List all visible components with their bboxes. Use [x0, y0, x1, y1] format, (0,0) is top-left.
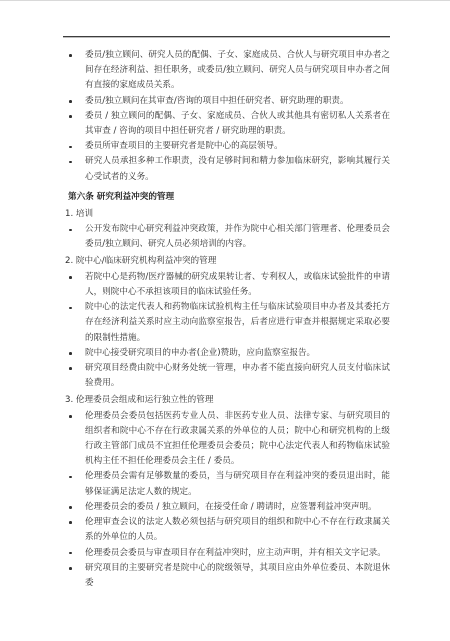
item-text: 院中心接受研究项目的申办者(企业)赞助，应向监察室报告。: [85, 348, 315, 358]
document-page: 委员/独立顾问、研究人员的配偶、子女、家庭成员、合伙人与研究项目申办者之间存在经…: [0, 1, 450, 641]
bullet-icon: [69, 229, 72, 232]
bullet-item: 伦理审查会议的法定人数必须包括与研究项目的组织和院中心不存在行政隶属关系的外单位…: [63, 515, 390, 545]
item-text: 院中心的法定代表人和药物临床试验机构主任与临床试验项目申办者及其委托方存在经济利…: [85, 302, 390, 342]
bullet-icon: [69, 146, 72, 149]
page-header-rule: [63, 36, 390, 38]
item-text: 研究项目的主要研究者是院中心的院级领导，其项目应由外单位委员、本院退休委: [85, 563, 390, 588]
bullet-item: 委员/独立顾问在其审查/咨询的项目中担任研究者、研究助理的职责。: [63, 94, 390, 109]
bullet-item: 院中心接受研究项目的申办者(企业)赞助，应向监察室报告。: [63, 346, 390, 361]
bullet-item: 研究项目经费由院中心财务处统一管理，申办者不能直接向研究人员支付临床试验费用。: [63, 361, 390, 391]
item-text: 若院中心是药物/医疗器械的研究成果转让者、专利权人，或临床试验批件的申请人，则院…: [85, 272, 390, 297]
bullet-icon: [69, 54, 72, 57]
bullet-item: 研究项目的主要研究者是院中心的院级领导，其项目应由外单位委员、本院退休委: [63, 561, 390, 591]
item-text: 研究人员承担多种工作职责，没有足够时间和精力参加临床研究，影响其履行关心受试者的…: [85, 156, 390, 181]
item-text: 委员所审查项目的主要研究者是院中心的高层领导。: [85, 141, 283, 151]
item-text: 委员/独立顾问在其审查/咨询的项目中担任研究者、研究助理的职责。: [85, 96, 349, 106]
bullet-item: 研究人员承担多种工作职责，没有足够时间和精力参加临床研究，影响其履行关心受试者的…: [63, 154, 390, 184]
item-text: 伦理委员会的委员 / 独立顾问，在接受任命 / 聘请时，应签署利益冲突声明。: [85, 502, 377, 512]
bullet-icon: [69, 115, 72, 118]
section-heading: 第六条 研究利益冲突的管理: [63, 190, 390, 205]
bullet-icon: [69, 161, 72, 164]
bullet-icon: [69, 307, 72, 310]
bullet-item: 委员所审查项目的主要研究者是院中心的高层领导。: [63, 139, 390, 154]
bullet-icon: [69, 567, 72, 570]
item-text: 2. 院中心/临床研究机构利益冲突的管理: [65, 256, 216, 266]
item-text: 3. 伦理委员会组成和运行独立性的管理: [65, 395, 213, 405]
numbered-item: 1. 培训: [63, 207, 390, 222]
item-text: 研究项目经费由院中心财务处统一管理，申办者不能直接向研究人员支付临床试验费用。: [85, 363, 390, 388]
bullet-icon: [69, 552, 72, 555]
bullet-item: 委员 / 独立顾问的配偶、子女、家庭成员、合伙人或其他具有密切私人关系者在其审查…: [63, 109, 390, 139]
document-content: 委员/独立顾问、研究人员的配偶、子女、家庭成员、合伙人与研究项目申办者之间存在经…: [63, 48, 390, 591]
bullet-icon: [69, 506, 72, 509]
item-text: 1. 培训: [65, 209, 93, 219]
item-text: 公开发布院中心研究利益冲突政策，并作为院中心相关部门管理者、伦理委员会委员/独立…: [85, 224, 390, 249]
item-text: 伦理委员会委员与审查项目存在利益冲突时，应主动声明，并有相关文字记录。: [85, 548, 386, 558]
bullet-item: 公开发布院中心研究利益冲突政策，并作为院中心相关部门管理者、伦理委员会委员/独立…: [63, 222, 390, 252]
numbered-item: 3. 伦理委员会组成和运行独立性的管理: [63, 393, 390, 408]
bullet-icon: [69, 100, 72, 103]
item-text: 委员/独立顾问、研究人员的配偶、子女、家庭成员、合伙人与研究项目申办者之间存在经…: [85, 50, 390, 90]
bullet-icon: [69, 367, 72, 370]
item-text: 第六条 研究利益冲突的管理: [68, 192, 174, 202]
bullet-item: 委员/独立顾问、研究人员的配偶、子女、家庭成员、合伙人与研究项目申办者之间存在经…: [63, 48, 390, 94]
item-text: 委员 / 独立顾问的配偶、子女、家庭成员、合伙人或其他具有密切私人关系者在其审查…: [85, 111, 390, 136]
bullet-item: 伦理委员会需有足够数量的委员，当与研究项目存在利益冲突的委员退出时，能够保证满足…: [63, 469, 390, 499]
bullet-icon: [69, 415, 72, 418]
numbered-item: 2. 院中心/临床研究机构利益冲突的管理: [63, 254, 390, 269]
bullet-icon: [69, 276, 72, 279]
bullet-icon: [69, 352, 72, 355]
item-text: 伦理审查会议的法定人数必须包括与研究项目的组织和院中心不存在行政隶属关系的外单位…: [85, 517, 390, 542]
bullet-icon: [69, 521, 72, 524]
item-text: 伦理委员会委员包括医药专业人员、非医药专业人员、法律专家、与研究项目的组织者和院…: [85, 411, 390, 467]
bullet-item: 伦理委员会委员包括医药专业人员、非医药专业人员、法律专家、与研究项目的组织者和院…: [63, 409, 390, 470]
bullet-item: 伦理委员会委员与审查项目存在利益冲突时，应主动声明，并有相关文字记录。: [63, 546, 390, 561]
item-text: 伦理委员会需有足够数量的委员，当与研究项目存在利益冲突的委员退出时，能够保证满足…: [85, 471, 390, 496]
bullet-item: 伦理委员会的委员 / 独立顾问，在接受任命 / 聘请时，应签署利益冲突声明。: [63, 500, 390, 515]
bullet-icon: [69, 476, 72, 479]
bullet-item: 院中心的法定代表人和药物临床试验机构主任与临床试验项目申办者及其委托方存在经济利…: [63, 300, 390, 346]
bullet-item: 若院中心是药物/医疗器械的研究成果转让者、专利权人，或临床试验批件的申请人，则院…: [63, 270, 390, 300]
